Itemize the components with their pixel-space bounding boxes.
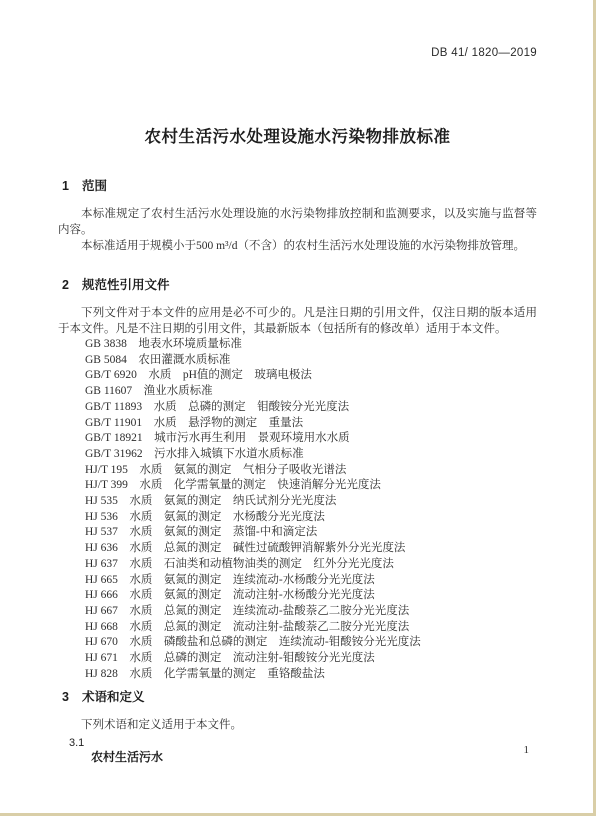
reference-item: GB/T 11901 水质 悬浮物的测定 重量法 (58, 416, 537, 432)
page-title: 农村生活污水处理设施水污染物排放标准 (58, 126, 537, 149)
reference-item: HJ 666 水质 氨氮的测定 流动注射-水杨酸分光光度法 (58, 588, 537, 604)
reference-item: HJ 668 水质 总氮的测定 流动注射-盐酸萘乙二胺分光光度法 (58, 620, 537, 636)
page-content: DB 41/ 1820—2019 农村生活污水处理设施水污染物排放标准 1范围 … (0, 0, 593, 764)
reference-item: HJ 667 水质 总氮的测定 连续流动-盐酸萘乙二胺分光光度法 (58, 604, 537, 620)
reference-item: GB 11607 渔业水质标准 (58, 384, 537, 400)
reference-item: HJ 671 水质 总磷的测定 流动注射-钼酸铵分光光度法 (58, 651, 537, 667)
section-3-intro: 下列术语和定义适用于本文件。 (58, 717, 537, 733)
clause-number-3-1: 3.1 (58, 736, 537, 750)
section-2-intro: 下列文件对于本文件的应用是必不可少的。凡是注日期的引用文件，仅注日期的版本适用于… (58, 305, 537, 337)
doc-number: DB 41/ 1820—2019 (58, 0, 537, 60)
reference-item: HJ 665 水质 氨氮的测定 连续流动-水杨酸分光光度法 (58, 573, 537, 589)
reference-item: GB/T 18921 城市污水再生利用 景观环境用水水质 (58, 431, 537, 447)
section-1-paragraph-2: 本标准适用于规模小于500 m³/d（不含）的农村生活污水处理设施的水污染物排放… (58, 238, 537, 254)
reference-item: HJ 670 水质 磷酸盐和总磷的测定 连续流动-钼酸铵分光光度法 (58, 635, 537, 651)
reference-item: HJ 637 水质 石油类和动植物油类的测定 红外分光光度法 (58, 557, 537, 573)
reference-item: HJ 535 水质 氨氮的测定 纳氏试剂分光光度法 (58, 494, 537, 510)
section-1-paragraph-1: 本标准规定了农村生活污水处理设施的水污染物排放控制和监测要求，以及实施与监督等内… (58, 206, 537, 238)
term-rural-domestic-sewage: 农村生活污水 (58, 750, 537, 764)
page-number: 1 (524, 744, 530, 757)
reference-item: HJ 536 水质 氨氮的测定 水杨酸分光光度法 (58, 510, 537, 526)
section-1-heading-text: 范围 (82, 179, 107, 193)
reference-item: GB/T 11893 水质 总磷的测定 钼酸铵分光光度法 (58, 400, 537, 416)
reference-item: HJ/T 399 水质 化学需氧量的测定 快速消解分光光度法 (58, 478, 537, 494)
reference-item: GB/T 31962 污水排入城镇下水道水质标准 (58, 447, 537, 463)
section-3-number: 3 (62, 690, 69, 705)
reference-item: HJ 828 水质 化学需氧量的测定 重铬酸盐法 (58, 667, 537, 683)
section-2-number: 2 (62, 278, 69, 293)
reference-item: HJ 636 水质 总氮的测定 碱性过硫酸钾消解紫外分光光度法 (58, 541, 537, 557)
section-1-number: 1 (62, 179, 69, 194)
reference-item: HJ 537 水质 氨氮的测定 蒸馏-中和滴定法 (58, 525, 537, 541)
section-3-heading: 3术语和定义 (58, 690, 537, 705)
reference-item: GB 5084 农田灌溉水质标准 (58, 353, 537, 369)
reference-item: GB/T 6920 水质 pH值的测定 玻璃电极法 (58, 368, 537, 384)
section-2-heading-text: 规范性引用文件 (82, 278, 170, 292)
reference-item: HJ/T 195 水质 氨氮的测定 气相分子吸收光谱法 (58, 463, 537, 479)
section-2-heading: 2规范性引用文件 (58, 278, 537, 293)
reference-item: GB 3838 地表水环境质量标准 (58, 337, 537, 353)
document-page: DB 41/ 1820—2019 农村生活污水处理设施水污染物排放标准 1范围 … (0, 0, 596, 816)
normative-references-list: GB 3838 地表水环境质量标准 GB 5084 农田灌溉水质标准 GB/T … (58, 337, 537, 682)
section-3-heading-text: 术语和定义 (82, 690, 145, 704)
section-1-heading: 1范围 (58, 179, 537, 194)
